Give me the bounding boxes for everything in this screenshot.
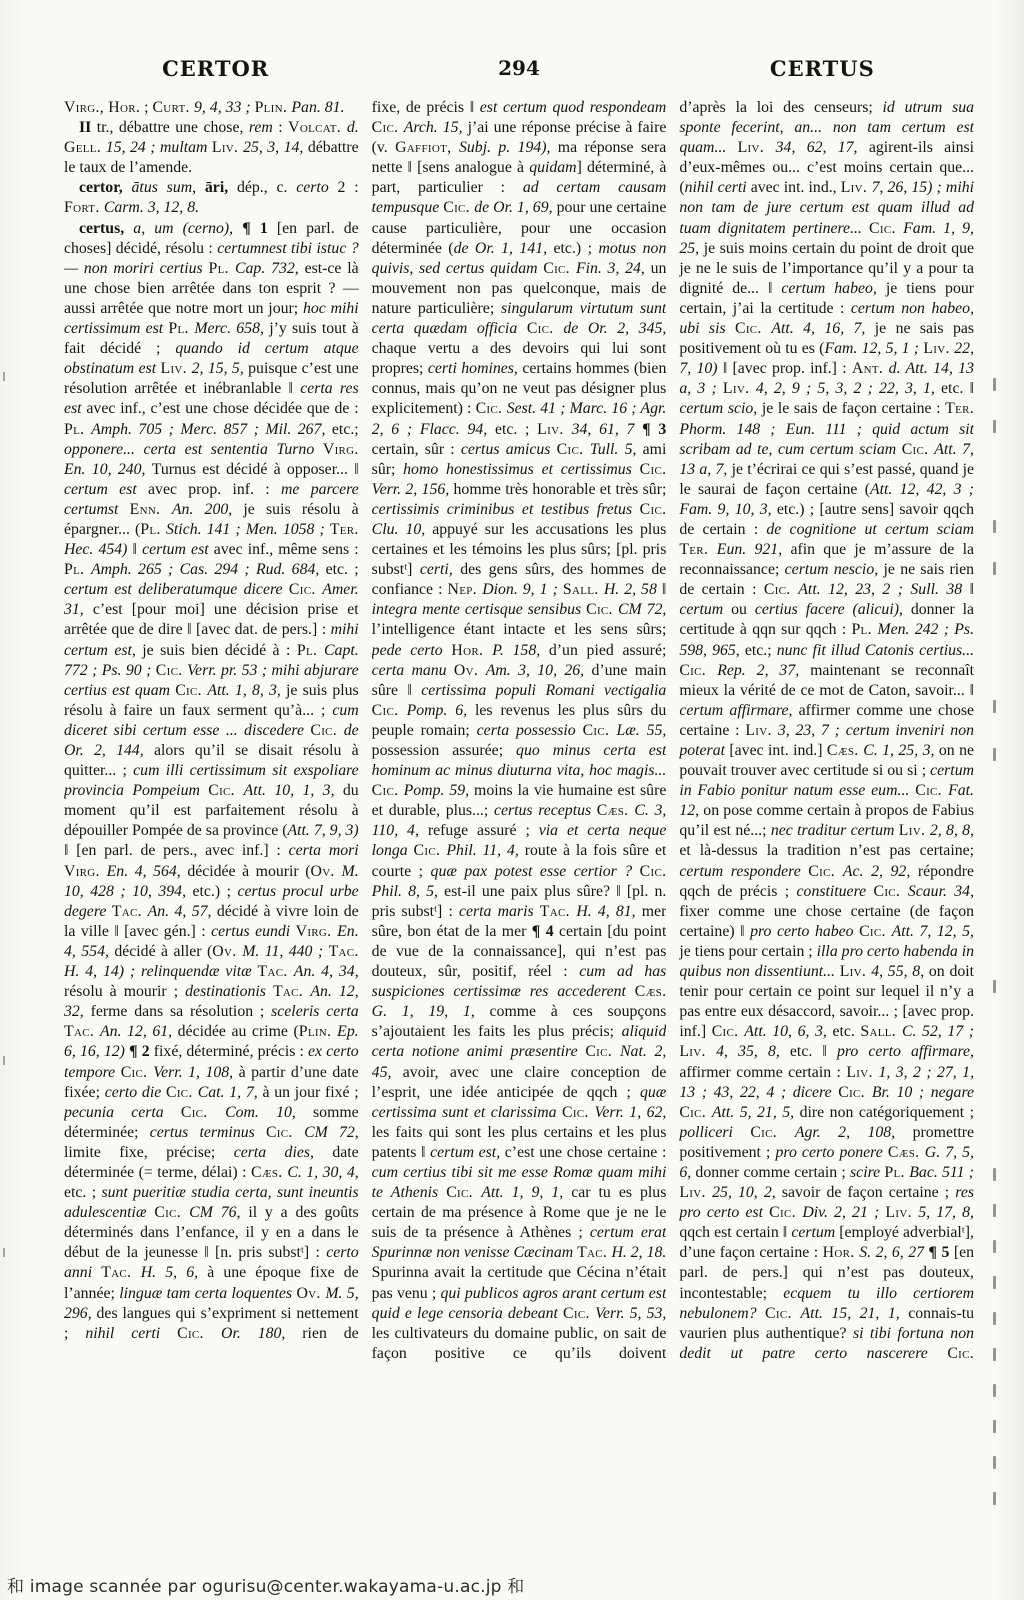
paragraph: certor, ātus sum, āri, dép., c. certo 2 … — [64, 178, 359, 218]
text-run: Fam. 12, 5, 1 ; — [824, 340, 923, 357]
text-run: Cic. — [175, 682, 207, 699]
text-run: de Or. 1, 141, — [454, 240, 554, 257]
text-run: Cic. — [874, 883, 908, 900]
text-run: etc. ; — [326, 561, 359, 578]
text-run: An. 12, 61, — [100, 1023, 178, 1040]
text-run: Nep. — [448, 581, 483, 598]
paragraph: Virg., Hor. ; Curt. 9, 4, 33 ; Plin. Pan… — [64, 98, 359, 118]
text-run: Cic. — [372, 119, 404, 136]
text-run: Att. 7, 12, 5, — [892, 923, 974, 940]
text-run: Turnus est décidé à opposer... ‖ — [152, 461, 359, 478]
text-run: Virg. — [64, 863, 107, 880]
text-run: Ter. — [679, 541, 716, 558]
text-run: Cap. 732, — [235, 260, 305, 277]
scan-artifact-mark — [993, 562, 996, 575]
text-run: Att. 12, 23, 2 ; Sull. 38 — [798, 581, 969, 598]
text-run: 34, 62, 17, — [776, 139, 869, 156]
text-run: 2, 15, 5, — [192, 360, 249, 377]
text-run: ‖ — [970, 581, 974, 598]
text-run: Att. 4, 16, 7, — [771, 320, 874, 337]
text-run: Tac. — [577, 1244, 611, 1261]
text-run: qqch est certain ‖ — [679, 1224, 791, 1241]
text-run: Cic. — [166, 1084, 198, 1101]
text-run: ‖ — [133, 541, 143, 558]
text-run: limite fixe, précise; — [64, 1144, 234, 1161]
text-run: S. 2, 6, 27 — [859, 1244, 928, 1261]
scan-artifact-mark — [993, 1384, 996, 1397]
text-run: Cic. — [557, 441, 590, 458]
text-run: décidé à aller ( — [114, 943, 212, 960]
text-run: Am. 3, 10, 26, — [486, 662, 592, 679]
text-run: Cic. — [640, 501, 667, 518]
scan-artifact-mark — [993, 1312, 996, 1325]
text-run: certum — [679, 601, 731, 618]
text-run: ‖ [avec prop. inf.] : — [723, 360, 852, 377]
text-run: Cic. — [563, 1305, 595, 1322]
text-run: Hor. — [823, 1244, 860, 1261]
text-run: opponere... certa est sententia Turno — [64, 441, 323, 458]
text-run: ātus sum, — [132, 179, 205, 196]
text-run: Læ. 55, — [616, 722, 666, 739]
text-run: décidée au crime ( — [178, 1023, 299, 1040]
text-run: certa possessio — [477, 722, 583, 739]
text-run: certum est, — [430, 1144, 505, 1161]
text-run: Liv. — [840, 963, 871, 980]
text-run: Liv. — [899, 822, 930, 839]
text-run: Cic. — [764, 581, 798, 598]
text-run: a, um (cerno), — [133, 220, 242, 237]
text-run: Arch. 15, — [404, 119, 468, 136]
text-run: Cic. — [443, 199, 474, 216]
text-run: pro certo affirmare, — [837, 1043, 974, 1060]
text-run: Phil. 11, 4, — [446, 842, 524, 859]
text-run: Cic. — [372, 702, 407, 719]
text-run: Cæs. — [827, 742, 863, 759]
text-run: Scaur. 34, — [908, 883, 974, 900]
scan-artifact-mark — [993, 1348, 996, 1361]
text-run: Cic. — [414, 842, 447, 859]
text-run: Virg., Hor. — [64, 99, 140, 116]
scan-artifact-mark — [993, 1456, 996, 1469]
text-run: Pomp. 6, — [407, 702, 475, 719]
text-run: Virg. — [296, 923, 338, 940]
text-run: Cic. — [372, 782, 404, 799]
text-run: Fin. 3, 24, — [576, 260, 651, 277]
text-run: refuge assuré ; — [428, 822, 539, 839]
paragraph: d’après la loi des censeurs; id utrum su… — [679, 98, 974, 1364]
text-run: avec prop. inf. : — [148, 481, 281, 498]
text-run: Ant. — [852, 360, 889, 377]
text-run: Hec. 454) — [64, 541, 133, 558]
text-run: Cic. — [583, 722, 617, 739]
text-run: Amph. 265 ; Cas. 294 ; Rud. 684, — [91, 561, 326, 578]
text-run: Att. 1, 8, 3, — [207, 682, 286, 699]
text-run: Pl. — [64, 421, 91, 438]
text-run: etc.; — [745, 642, 777, 659]
text-run: CM 72, — [618, 601, 666, 618]
text-run: c’est une chose certaine : — [505, 1144, 667, 1161]
text-run: Liv. — [841, 179, 872, 196]
text-run: Br. 10 ; negare — [872, 1084, 974, 1101]
text-run: H. 2, 18. — [611, 1244, 666, 1261]
page-number: 294 — [367, 56, 670, 81]
text-run: certum est — [64, 481, 148, 498]
text-run: certus receptus — [494, 802, 597, 819]
text-run: je suis bien décidé à : — [142, 642, 297, 659]
text-run: ¶ 3 — [642, 421, 666, 438]
text-run: G. 1, 19, 1, — [372, 1003, 490, 1020]
scan-artifact-mark — [993, 1204, 996, 1217]
text-run: certum respondere — [679, 863, 808, 880]
text-run: Cic. — [838, 1084, 872, 1101]
running-head-right: CERTUS — [671, 56, 974, 81]
text-run: nec traditur certum — [771, 822, 899, 839]
text-run: certo — [296, 179, 337, 196]
text-run: ferme dans sa résolution ; — [91, 1003, 272, 1020]
text-run: Verr. 1, 108, — [153, 1064, 238, 1081]
text-run: 25, 3, 14, — [243, 139, 308, 156]
text-run: homme très honorable et très sûr; — [454, 481, 667, 498]
text-run: pecunia certa — [64, 1104, 181, 1121]
text-run: je tiens pour certain ; — [679, 943, 816, 960]
text-run: Pl. — [208, 260, 235, 277]
scan-artifact-mark — [993, 1168, 996, 1181]
text-run: Cic. — [177, 1325, 221, 1342]
text-run: Cic. — [543, 260, 576, 277]
text-run: Cæs. — [635, 983, 667, 1000]
text-run: Cic. — [121, 1064, 154, 1081]
text-run: pro certo habeo — [750, 923, 859, 940]
text-run: Sall. — [860, 1023, 902, 1040]
text-run: Cic. — [154, 1204, 189, 1221]
text-run: Ov. — [310, 863, 341, 880]
text-run: Pl. — [884, 1164, 909, 1181]
text-run: Dion. 9, 1 ; — [482, 581, 563, 598]
text-run: Eun. 921, — [717, 541, 791, 558]
text-run: II — [79, 119, 97, 136]
text-run: etc. ; — [495, 421, 537, 438]
text-run: certor, — [79, 179, 132, 196]
text-run: linguæ tam certa loquentes — [119, 1285, 296, 1302]
text-run: Cic. — [156, 662, 187, 679]
scan-artifact-mark — [993, 520, 996, 533]
text-run: Verr. 5, 53, — [595, 1305, 666, 1322]
text-run: Liv. — [885, 1204, 918, 1221]
text-run: Tac. — [101, 1264, 141, 1281]
text-run: Liv. — [738, 139, 776, 156]
text-run: Cat. 1, 7, — [198, 1084, 263, 1101]
text-run: Cic. — [446, 1184, 481, 1201]
text-run: En. 10, 240, — [64, 461, 152, 478]
text-run: Sall. — [563, 581, 604, 598]
text-run: Carm. 3, 12, 8. — [104, 199, 199, 216]
text-run: Com. 10, — [225, 1104, 313, 1121]
text-run: Plin. — [299, 1023, 337, 1040]
text-run: M. 11, 440 ; — [242, 943, 328, 960]
text-run: etc. ‖ — [941, 380, 974, 397]
text-run: ¶ 1 — [242, 220, 277, 237]
text-run: Liv. — [923, 340, 954, 357]
scan-artifact-mark — [993, 748, 996, 761]
text-run: Att. 10, 1, 3, — [244, 782, 343, 799]
text-run: Cic. — [712, 1023, 745, 1040]
text-run: 4, 2, 9 ; 5, 3, 2 ; 22, 3, 1, — [756, 380, 941, 397]
text-run: certum scio, — [679, 400, 762, 417]
text-run: Cic. — [640, 461, 667, 478]
text-run: avoir, avec une claire conception de l’e… — [372, 1064, 667, 1101]
text-run: Liv. — [161, 360, 192, 377]
text-run: C. 1, 25, 3, — [863, 742, 939, 759]
text-run: etc. ; — [64, 1184, 101, 1201]
text-run: résolu à mourir ; — [64, 983, 185, 1000]
text-run: certius facere (alicui), — [755, 601, 911, 618]
scan-artifact-mark — [993, 1276, 996, 1289]
text-run: etc.) ; — [193, 883, 238, 900]
text-run: certum — [791, 1224, 839, 1241]
text-run: Cic. — [859, 923, 892, 940]
text-run: de Or. 1, 69, — [474, 199, 556, 216]
text-run: de cognitione ut certum sciam — [766, 521, 974, 538]
scanner-credit: 和 image scannée par ogurisu@center.wakay… — [7, 1572, 524, 1597]
text-run: En. 4, 564, — [107, 863, 188, 880]
text-run: décidée à mourir ( — [187, 863, 310, 880]
text-run: Liv. — [745, 722, 778, 739]
text-run: rem — [249, 119, 273, 136]
text-run: Cic. — [808, 863, 843, 880]
text-run: ¶ 4 — [532, 923, 559, 940]
text-run: Ov. — [454, 662, 486, 679]
text-run: Cic. — [562, 1104, 594, 1121]
text-run: Cæs. — [597, 802, 635, 819]
text-run: Cæs. — [251, 1164, 287, 1181]
text-run: Subj. p. 194), — [459, 139, 558, 156]
text-run: Enn. — [130, 501, 172, 518]
text-run: Cic. — [640, 863, 667, 880]
text-run: Bac. 511 ; — [909, 1164, 974, 1181]
text-run: etc.; — [332, 421, 359, 438]
text-run: dép., c. — [237, 179, 296, 196]
text-run: Tac. — [258, 963, 294, 980]
text-run: An. 4, 34, — [294, 963, 359, 980]
text-run: fixé, déterminé, précis : — [154, 1043, 308, 1060]
scan-artifact-mark — [993, 378, 996, 391]
text-run: à un jour fixé ; — [262, 1084, 358, 1101]
scan-artifact-mark — [3, 1248, 5, 1257]
text-run: H. 4, 81, — [576, 903, 641, 920]
text-run: Cic. — [476, 400, 507, 417]
text-run: d’après la loi des censeurs; — [679, 99, 882, 116]
text-run: ; — [140, 99, 152, 116]
text-run: polliceri — [679, 1124, 750, 1141]
text-run: H. 4, 14) ; relinquendæ vitæ — [64, 963, 258, 980]
text-run: Cic. — [266, 1124, 304, 1141]
text-run: [avec int. ind.] — [729, 742, 827, 759]
text-run: certi homines, — [428, 360, 522, 377]
text-run: Att. 7, 9, 3) — [287, 822, 358, 839]
text-run: certum est — [142, 541, 214, 558]
text-run: certa dies, — [234, 1144, 333, 1161]
text-run: āri, — [205, 179, 237, 196]
text-run: Tac. — [112, 903, 148, 920]
text-run: Cic. — [769, 1204, 802, 1221]
text-run: Gaffiot, — [395, 139, 459, 156]
text-run: etc. — [832, 1023, 860, 1040]
text-run: certus, — [79, 220, 133, 237]
text-run: Ac. 2, 92, — [843, 863, 918, 880]
text-run: Cic. — [585, 1043, 620, 1060]
scan-artifact-mark — [3, 372, 5, 381]
text-run: Att. 15, 21, 1, — [801, 1305, 909, 1322]
text-run: : — [273, 119, 288, 136]
text-run: Att. 1, 9, 1, — [481, 1184, 571, 1201]
text-columns: Virg., Hor. ; Curt. 9, 4, 33 ; Plin. Pan… — [64, 98, 974, 1558]
text-run: Pl. — [851, 621, 877, 638]
text-run: Cic. — [902, 441, 935, 458]
text-run: possession assurée; — [372, 742, 516, 759]
text-run: est certum quod respondeam — [480, 99, 667, 116]
text-run: Virg. — [323, 441, 359, 458]
text-run: nihil certi — [685, 179, 751, 196]
text-run: certain, sûr : — [372, 441, 461, 458]
text-run: Pomp. 59, — [404, 782, 474, 799]
text-run: les cultivateurs du domaine public, on s… — [372, 1325, 667, 1362]
text-run: avec int. ind., — [751, 179, 841, 196]
text-run: Tac. — [329, 943, 359, 960]
text-run: je le sais de façon certaine : — [762, 400, 945, 417]
text-run: ‖ [en parl. de pers., avec inf.] : — [64, 842, 289, 859]
text-run: Tac. — [64, 1023, 100, 1040]
text-run: Clu. 10, — [372, 521, 433, 538]
text-run: Ov. — [212, 943, 242, 960]
text-run: etc.) ; — [554, 240, 599, 257]
text-run: Plin. — [255, 99, 292, 116]
text-run: Cic. — [679, 1104, 711, 1121]
text-run: Cic. — [527, 320, 564, 337]
text-run: Volcat. — [288, 119, 347, 136]
text-run: Pan. 81. — [291, 99, 344, 116]
text-run: An. 200, — [172, 501, 244, 518]
text-run: Cic. — [289, 581, 322, 598]
text-run: H. 2, 58 — [604, 581, 662, 598]
text-run: donner comme certain ; — [695, 1164, 850, 1181]
text-run: integra mente certisque sensibus — [372, 601, 586, 618]
text-run: certa manu — [372, 662, 454, 679]
text-run: 34, 61, 7 — [572, 421, 643, 438]
text-run: fixe, de précis ‖ — [372, 99, 480, 116]
text-run: Cic. — [750, 1124, 794, 1141]
text-run: Pl. — [297, 642, 324, 659]
text-run: certum affirmare, — [679, 702, 798, 719]
column-2: fixe, de précis ‖ est certum quod respon… — [372, 98, 667, 1558]
text-run: Att. 10, 6, 3, — [744, 1023, 832, 1040]
text-run: Cic. — [915, 782, 948, 799]
scan-artifact-mark — [3, 1056, 5, 1065]
text-run: nihil certi — [85, 1325, 177, 1342]
column-3: d’après la loi des censeurs; id utrum su… — [679, 98, 974, 1558]
running-head-left: CERTOR — [64, 56, 367, 81]
text-run: pro certo ponere — [776, 1144, 888, 1161]
text-run: certissima populi Romani vectigalia — [421, 682, 666, 699]
text-run: Cic. — [310, 722, 343, 739]
text-run: Stich. 141 ; Men. 1058 ; — [166, 521, 330, 538]
text-run: Fort. — [64, 199, 104, 216]
text-run: de Or. 2, 345, — [563, 320, 666, 337]
text-run: et là-dessus la tradition n’est pas cert… — [679, 842, 974, 859]
text-run: d’un pied assuré; — [549, 642, 666, 659]
text-run: Curt. — [152, 99, 194, 116]
text-run: tr., débattre une chose, — [97, 119, 249, 136]
scan-artifact-mark — [993, 980, 996, 993]
text-run: Att. 5, 21, 5, — [712, 1104, 800, 1121]
text-run: Verr. 2, 156, — [372, 481, 454, 498]
text-run: l’intelligence étant intacte et les sens… — [372, 621, 667, 638]
text-run: Cic. — [947, 1345, 974, 1362]
text-run: 9, 4, 33 ; — [194, 99, 255, 116]
text-run: Ter. — [945, 400, 974, 417]
text-run: ¶ 5 — [928, 1244, 953, 1261]
paragraph: certus, a, um (cerno), ¶ 1 [en parl. de … — [64, 219, 359, 1344]
text-run: C. 52, 17 ; — [902, 1023, 974, 1040]
text-run: Ter. — [330, 521, 359, 538]
text-run: avec inf., même sens : — [214, 541, 359, 558]
text-run: Cic. — [208, 782, 243, 799]
text-run: certum est deliberatumque dicere — [64, 581, 289, 598]
text-run: 4, 55, 8, — [871, 963, 929, 980]
text-run: Rep. 2, 37, — [717, 662, 810, 679]
column-1: Virg., Hor. ; Curt. 9, 4, 33 ; Plin. Pan… — [64, 98, 359, 1558]
text-run: Liv. — [846, 1064, 878, 1081]
text-run: 5, 17, 8, — [918, 1204, 974, 1221]
text-run: 4, 35, 8, — [716, 1043, 790, 1060]
text-run: 15, 24 ; multam — [106, 139, 212, 156]
text-run: homo honestissimus et certissimus — [403, 461, 639, 478]
text-run: destinationis — [185, 983, 273, 1000]
text-run: certum habeo, — [781, 280, 885, 297]
text-run: certus eundi — [211, 923, 296, 940]
text-run: Pl. — [168, 320, 194, 337]
text-run: Cic. — [765, 1305, 800, 1322]
text-run: Div. 2, 21 ; — [802, 1204, 885, 1221]
scan-artifact-mark — [993, 1420, 996, 1433]
paragraph: fixe, de précis ‖ est certum quod respon… — [372, 98, 667, 1364]
text-run: Ov. — [296, 1285, 325, 1302]
text-run: An. 4, 57, — [148, 903, 217, 920]
text-run: Verr. 1, 62, — [594, 1104, 666, 1121]
text-run: Cic. — [735, 320, 771, 337]
text-run: certa maris — [459, 903, 540, 920]
paragraph: II tr., débattre une chose, rem : Volcat… — [64, 118, 359, 178]
text-run: pede certo — [372, 642, 452, 659]
text-run: dire non catégoriquement ; — [800, 1104, 974, 1121]
text-run: CM 72, — [304, 1124, 359, 1141]
text-run: quæ pax potest esse certior ? — [431, 863, 640, 880]
text-run: Liv. — [679, 1184, 712, 1201]
text-run: nunc fit illud Catonis certius... — [777, 642, 974, 659]
text-run: ‖ — [662, 581, 666, 598]
text-run: Pl. — [140, 521, 166, 538]
text-run: certus terminus — [150, 1124, 266, 1141]
text-run: certus amicus — [461, 441, 557, 458]
text-run: certa mori — [289, 842, 359, 859]
text-run: affirmer comme certain : — [679, 1064, 846, 1081]
text-run: d. — [347, 119, 359, 136]
text-run: Amph. 705 ; Merc. 857 ; Mil. 267, — [91, 421, 332, 438]
text-run: Liv. — [212, 139, 243, 156]
text-run: H. 5, 6, — [141, 1264, 207, 1281]
text-run: Cæs. — [888, 1144, 925, 1161]
text-run: c’est [pour moi] une décision prise et a… — [64, 601, 359, 638]
text-run: certo die — [105, 1084, 166, 1101]
